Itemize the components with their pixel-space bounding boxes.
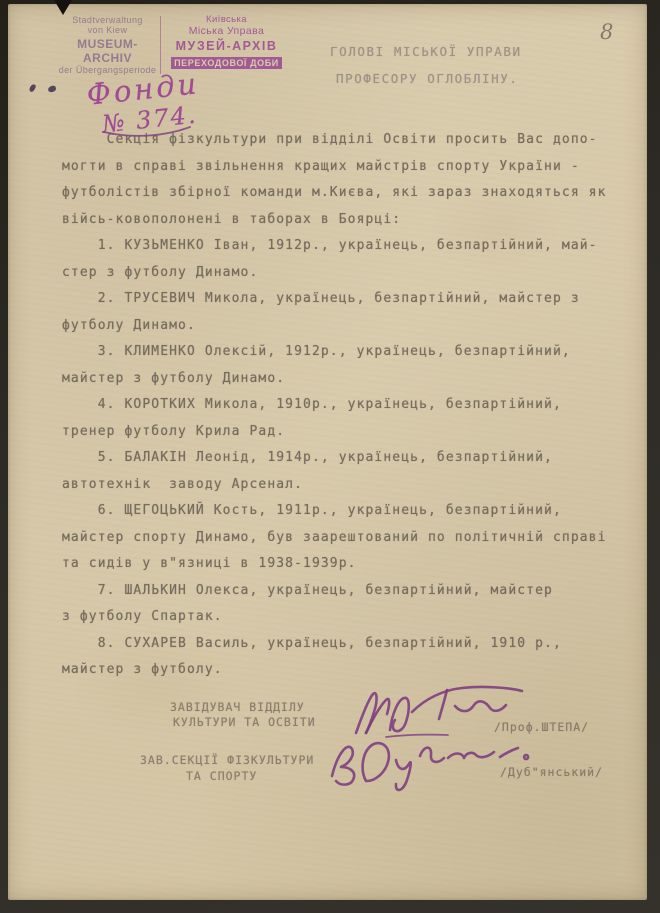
archive-stamp-german: Stadtverwaltung von Kiew MUSEUM-ARCHIV d… bbox=[55, 15, 160, 75]
ink-speck bbox=[47, 85, 56, 93]
archive-stamp-ukrainian: Київська Міська Управа МУЗЕЙ-АРХІВ ПЕРЕХ… bbox=[164, 14, 289, 71]
signature2-title-line1: ЗАВ.СЕКЦІЇ ФІЗКУЛЬТУРИ bbox=[140, 753, 314, 767]
document-line: футболістів збірної команди м.Києва, які… bbox=[62, 180, 637, 207]
document-line: з футболу Спартак. bbox=[62, 604, 637, 631]
document-line: 5. БАЛАКІН Леонід, 1914р., українець, бе… bbox=[62, 445, 637, 472]
stamp-text: MUSEUM-ARCHIV bbox=[55, 37, 160, 65]
document-line: могти в справі звільнення кращих майстрі… bbox=[62, 154, 637, 181]
document-line: футболу Динамо. bbox=[62, 313, 637, 340]
document-line: стер з футболу Динамо. bbox=[62, 260, 637, 287]
document-line: та сидів у в"язниці в 1938-1939р. bbox=[62, 551, 637, 578]
scanned-document-page: Stadtverwaltung von Kiew MUSEUM-ARCHIV d… bbox=[0, 0, 660, 913]
document-line: 3. КЛИМЕНКО Олексій, 1912р., українець, … bbox=[62, 339, 637, 366]
page-number: 8 bbox=[600, 20, 613, 44]
signature2-typed-name: /Дуб"янський/ bbox=[500, 765, 603, 779]
document-body: Секція фізкультури при відділі Освіти пр… bbox=[62, 127, 637, 684]
document-line: 8. СУХАРЕВ Василь, українець, безпартійн… bbox=[62, 631, 637, 658]
signature2-title-line2: ТА СПОРТУ bbox=[186, 769, 257, 783]
stamp-text: von Kiew bbox=[55, 25, 160, 35]
document-line: майстер з футболу. bbox=[62, 657, 637, 684]
document-line: 4. КОРОТКИХ Микола, 1910р., українець, б… bbox=[62, 392, 637, 419]
stamp-text: МУЗЕЙ-АРХІВ bbox=[164, 39, 289, 53]
signature1-title-line1: ЗАВІДУВАЧ ВІДДІЛУ bbox=[170, 700, 305, 714]
stamp-text: Міська Управа bbox=[164, 25, 289, 37]
document-line: 1. КУЗЬМЕНКО Іван, 1912р., українець, бе… bbox=[62, 233, 637, 260]
page-corner-notch bbox=[54, 0, 72, 15]
document-line: 7. ШАЛЬКИН Олекса, українець, безпартійн… bbox=[62, 578, 637, 605]
ink-speck bbox=[28, 83, 36, 92]
document-line: автотехнік заводу Арсенал. bbox=[62, 472, 637, 499]
document-line: майстер спорту Динамо, був заарештований… bbox=[62, 525, 637, 552]
stamp-divider bbox=[160, 16, 161, 74]
document-line: 6. ЩЕГОЦЬКИЙ Кость, 1911р., українець, б… bbox=[62, 498, 637, 525]
paper-sheet: Stadtverwaltung von Kiew MUSEUM-ARCHIV d… bbox=[8, 4, 647, 900]
document-line: 2. ТРУСЕВИЧ Микола, українець, безпартій… bbox=[62, 286, 637, 313]
document-line: війсь-ковополонені в таборах в Боярці: bbox=[62, 207, 637, 234]
stamp-text: Stadtverwaltung bbox=[55, 15, 160, 25]
signature1-title-line2: КУЛЬТУРИ ТА ОСВІТИ bbox=[173, 715, 316, 729]
addressee-line-2: ПРОФЕСОРУ ОГЛОБЛІНУ. bbox=[336, 71, 519, 86]
document-line: Секція фізкультури при відділі Освіти пр… bbox=[62, 127, 637, 154]
document-line: майстер з футболу Динамо. bbox=[62, 366, 637, 393]
document-line: тренер футболу Крила Рад. bbox=[62, 419, 637, 446]
stamp-text: Київська bbox=[164, 14, 289, 25]
addressee-line-1: ГОЛОВІ МІСЬКОЇ УПРАВИ bbox=[330, 44, 522, 59]
signature1-typed-name: /Проф.ШТЕПА/ bbox=[494, 720, 589, 734]
